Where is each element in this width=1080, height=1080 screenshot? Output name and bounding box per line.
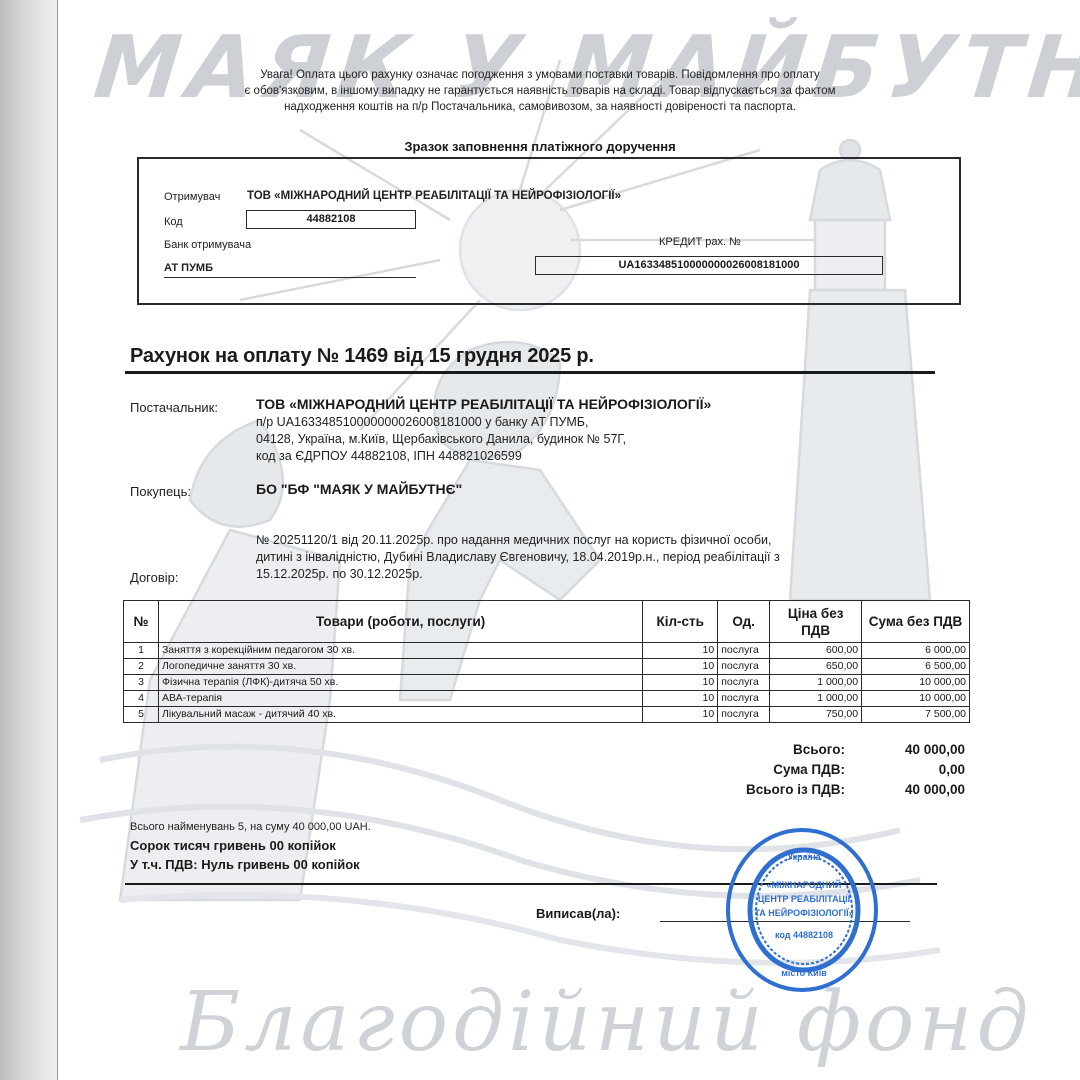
row-item: Лікувальний масаж - дитячий 40 хв.: [158, 707, 642, 723]
stamp-text-line: місто Київ: [781, 968, 827, 978]
notice-line: надходження коштів на п/р Постачальника,…: [180, 99, 900, 115]
recipient-label: Отримувач: [164, 191, 220, 203]
total-with-vat-label: Всього із ПДВ:: [695, 780, 845, 800]
payment-notice: Увага! Оплата цього рахунку означає пого…: [180, 67, 900, 115]
invoice-title: Рахунок на оплату № 1469 від 15 грудня 2…: [130, 345, 594, 368]
row-price: 650,00: [770, 659, 862, 675]
recipient-value: ТОВ «МІЖНАРОДНИЙ ЦЕНТР РЕАБІЛІТАЦІЇ ТА Н…: [247, 190, 621, 202]
watermark-footer: Благодійний фонд: [180, 975, 1032, 1070]
table-row: 1Заняття з корекційним педагогом 30 хв.1…: [124, 643, 970, 659]
supplier-address: 04128, Україна, м.Київ, Щербаківського Д…: [256, 431, 626, 448]
row-item: АВА-терапія: [158, 691, 642, 707]
title-divider: [125, 371, 935, 374]
col-header-unit: Од.: [718, 601, 770, 643]
stamp-text-line: код 44882108: [775, 930, 833, 940]
contract-line: дитині з інвалідністю, Дубині Владиславу…: [256, 549, 780, 566]
row-price: 750,00: [770, 707, 862, 723]
amount-summary: Всього найменувань 5, на суму 40 000,00 …: [130, 821, 371, 874]
buyer-name: БО "БФ "МАЯК У МАЙБУТНЄ": [256, 481, 462, 497]
items-count-line: Всього найменувань 5, на суму 40 000,00 …: [130, 821, 371, 833]
stamp-text-line: Україна: [787, 852, 821, 862]
row-num: 3: [124, 675, 159, 691]
col-header-qty: Кіл-сть: [643, 601, 718, 643]
company-stamp-icon: Україна«МІЖНАРОДНИЙЦЕНТР РЕАБІЛІТАЦІЇТА …: [722, 826, 882, 994]
row-unit: послуга: [718, 691, 770, 707]
account-field: UA163348510000000026008181000: [535, 256, 883, 275]
row-num: 5: [124, 707, 159, 723]
contract-line: 15.12.2025р. по 30.12.2025р.: [256, 566, 780, 583]
payment-sample-box: Отримувач ТОВ «МІЖНАРОДНИЙ ЦЕНТР РЕАБІЛІ…: [137, 157, 961, 305]
contract-line: № 20251120/1 від 20.11.2025р. про наданн…: [256, 532, 780, 549]
bank-field: АТ ПУМБ: [164, 259, 416, 278]
total-with-vat-value: 40 000,00: [845, 780, 965, 800]
code-field: 44882108: [246, 210, 416, 229]
row-qty: 10: [643, 691, 718, 707]
amount-in-words: Сорок тисяч гривень 00 копійок: [130, 836, 371, 855]
row-num: 2: [124, 659, 159, 675]
row-sum: 6 000,00: [862, 643, 970, 659]
table-row: 2Логопедичне заняття 30 хв.10послуга650,…: [124, 659, 970, 675]
row-sum: 10 000,00: [862, 675, 970, 691]
row-item: Фізична терапія (ЛФК)-дитяча 50 хв.: [158, 675, 642, 691]
total-value: 40 000,00: [845, 740, 965, 760]
vat-in-words: У т.ч. ПДВ: Нуль гривень 00 копійок: [130, 855, 371, 874]
account-label: КРЕДИТ рах. №: [659, 236, 741, 248]
stamp-text-line: «МІЖНАРОДНИЙ: [767, 879, 842, 890]
contract-label: Договір:: [130, 570, 179, 585]
row-sum: 10 000,00: [862, 691, 970, 707]
row-num: 1: [124, 643, 159, 659]
totals-block: Всього: 40 000,00 Сума ПДВ: 0,00 Всього …: [680, 740, 965, 800]
stamp-text-line: ТА НЕЙРОФІЗІОЛОГІЇ»: [754, 907, 853, 918]
row-qty: 10: [643, 675, 718, 691]
notice-line: є обов'язковим, в іншому випадку не гара…: [180, 83, 900, 99]
row-sum: 6 500,00: [862, 659, 970, 675]
supplier-details: п/р UA163348510000000026008181000 у банк…: [256, 414, 626, 465]
table-row: 4АВА-терапія10послуга1 000,0010 000,00: [124, 691, 970, 707]
payment-sample-title: Зразок заповнення платіжного доручення: [130, 139, 950, 154]
supplier-name: ТОВ «МІЖНАРОДНИЙ ЦЕНТР РЕАБІЛІТАЦІЇ ТА Н…: [256, 396, 711, 412]
row-num: 4: [124, 691, 159, 707]
row-price: 1 000,00: [770, 691, 862, 707]
supplier-codes: код за ЄДРПОУ 44882108, ІПН 448821026599: [256, 448, 626, 465]
table-row: 5Лікувальний масаж - дитячий 40 хв.10пос…: [124, 707, 970, 723]
row-item: Логопедичне заняття 30 хв.: [158, 659, 642, 675]
row-price: 600,00: [770, 643, 862, 659]
buyer-label: Покупець:: [130, 484, 191, 499]
total-label: Всього:: [695, 740, 845, 760]
row-unit: послуга: [718, 659, 770, 675]
vat-row: Сума ПДВ: 0,00: [680, 760, 965, 780]
contract-text: № 20251120/1 від 20.11.2025р. про наданн…: [256, 532, 780, 583]
vat-label: Сума ПДВ:: [695, 760, 845, 780]
items-table: № Товари (роботи, послуги) Кіл-сть Од. Ц…: [123, 600, 970, 723]
total-with-vat-row: Всього із ПДВ: 40 000,00: [680, 780, 965, 800]
bank-label: Банк отримувача: [164, 239, 251, 251]
col-header-price: Ціна без ПДВ: [770, 601, 862, 643]
row-qty: 10: [643, 659, 718, 675]
table-row: 3Фізична терапія (ЛФК)-дитяча 50 хв.10по…: [124, 675, 970, 691]
vat-value: 0,00: [845, 760, 965, 780]
row-qty: 10: [643, 707, 718, 723]
code-label: Код: [164, 216, 183, 228]
row-unit: послуга: [718, 707, 770, 723]
supplier-label: Постачальник:: [130, 400, 218, 415]
bank-value: АТ ПУМБ: [164, 262, 213, 274]
row-qty: 10: [643, 643, 718, 659]
stamp-text-line: ЦЕНТР РЕАБІЛІТАЦІЇ: [758, 894, 851, 904]
row-item: Заняття з корекційним педагогом 30 хв.: [158, 643, 642, 659]
col-header-item: Товари (роботи, послуги): [158, 601, 642, 643]
row-unit: послуга: [718, 675, 770, 691]
issued-by-label: Виписав(ла):: [536, 906, 620, 921]
col-header-sum: Сума без ПДВ: [862, 601, 970, 643]
supplier-account: п/р UA163348510000000026008181000 у банк…: [256, 414, 626, 431]
notice-line: Увага! Оплата цього рахунку означає пого…: [180, 67, 900, 83]
row-price: 1 000,00: [770, 675, 862, 691]
col-header-num: №: [124, 601, 159, 643]
page-edge-shadow: [0, 0, 58, 1080]
table-header-row: № Товари (роботи, послуги) Кіл-сть Од. Ц…: [124, 601, 970, 643]
row-unit: послуга: [718, 643, 770, 659]
total-row: Всього: 40 000,00: [680, 740, 965, 760]
row-sum: 7 500,00: [862, 707, 970, 723]
